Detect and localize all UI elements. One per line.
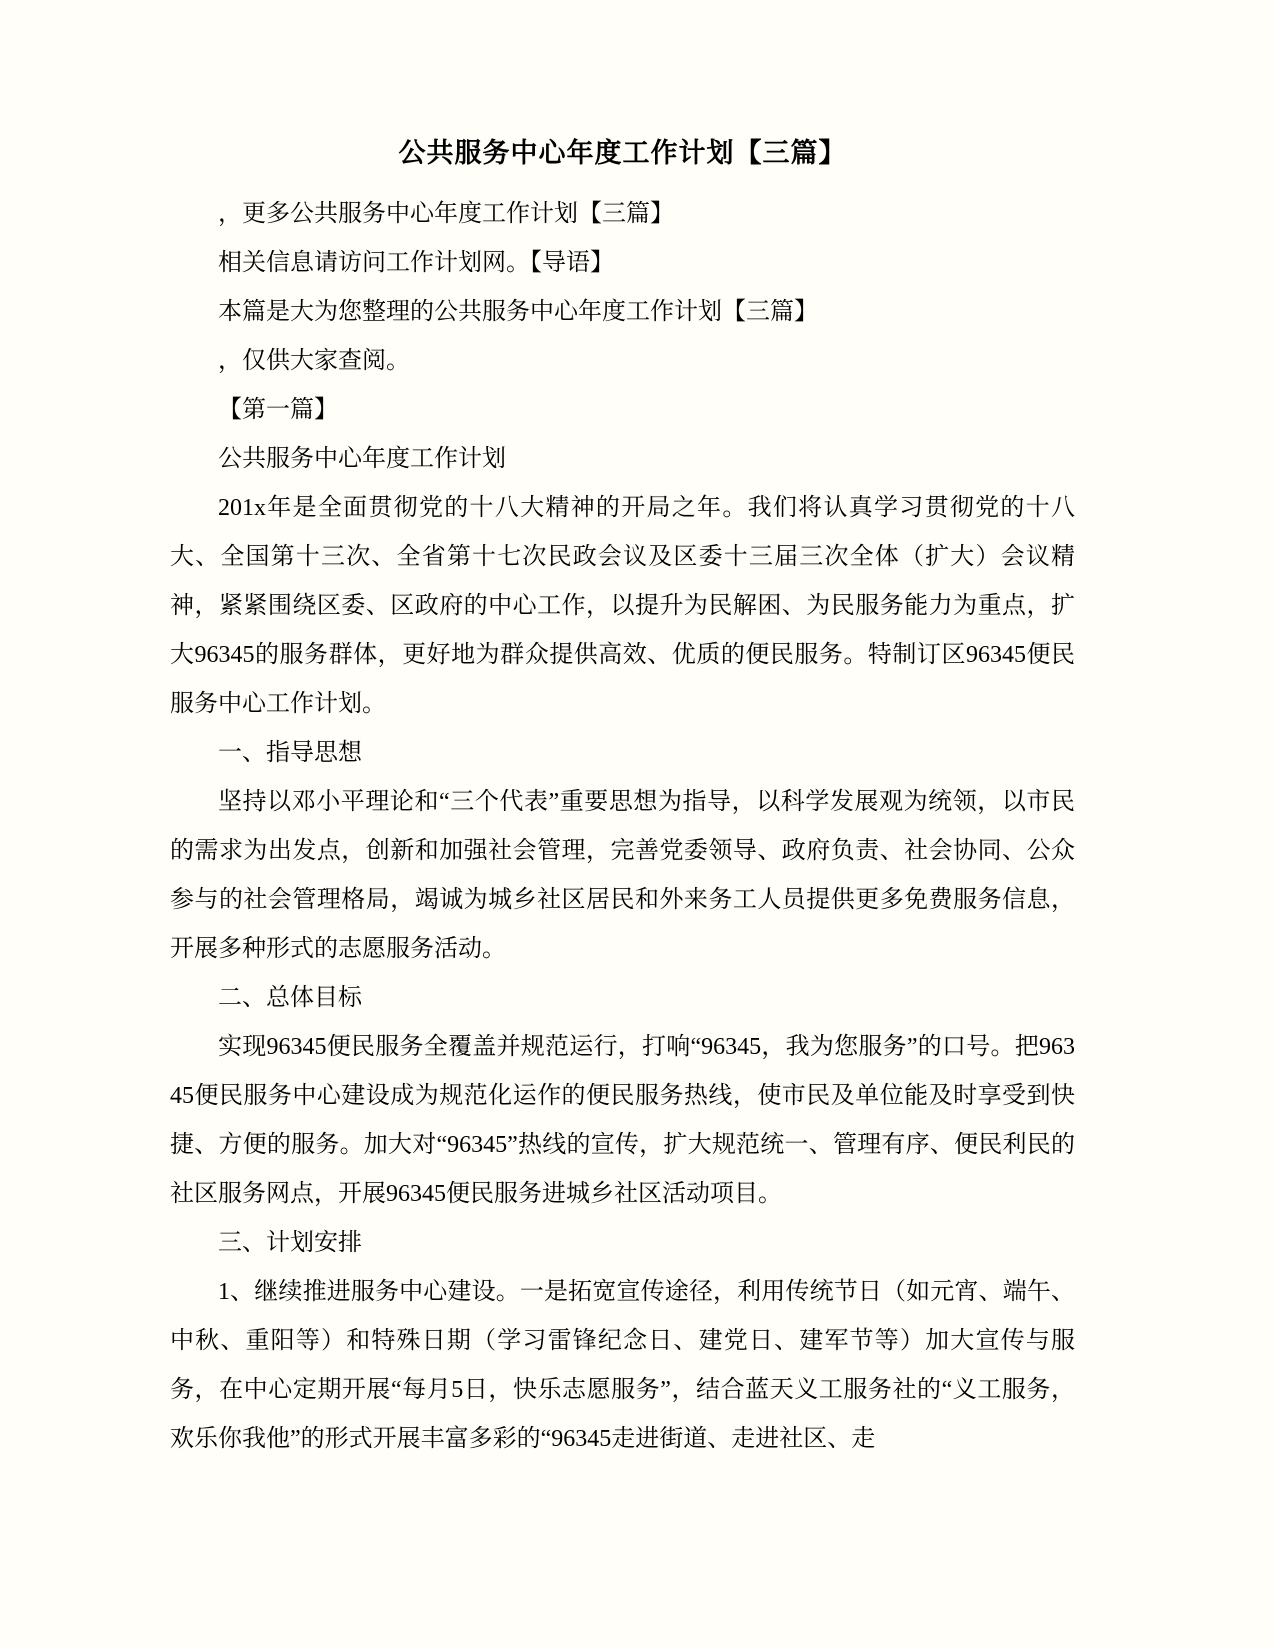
paragraph: 相关信息请访问工作计划网。【导语】 [170,239,1075,288]
paragraph: 1、继续推进服务中心建设。一是拓宽宣传途径，利用传统节日（如元宵、端午、中秋、重… [170,1268,1075,1464]
paragraph: 本篇是大为您整理的公共服务中心年度工作计划【三篇】 [170,288,1075,337]
paragraph: 201x年是全面贯彻党的十八大精神的开局之年。我们将认真学习贯彻党的十八大、全国… [170,484,1075,729]
document-page: 公共服务中心年度工作计划【三篇】 ，更多公共服务中心年度工作计划【三篇】相关信息… [0,0,1275,1650]
document-body: ，更多公共服务中心年度工作计划【三篇】相关信息请访问工作计划网。【导语】本篇是大… [170,190,1075,1464]
paragraph: ，仅供大家查阅。 [170,337,1075,386]
paragraph: 公共服务中心年度工作计划 [170,435,1075,484]
paragraph: ，更多公共服务中心年度工作计划【三篇】 [170,190,1075,239]
paragraph: 坚持以邓小平理论和“三个代表”重要思想为指导，以科学发展观为统领，以市民的需求为… [170,778,1075,974]
paragraph: 三、计划安排 [170,1219,1075,1268]
paragraph: 实现96345便民服务全覆盖并规范运行，打响“96345，我为您服务”的口号。把… [170,1023,1075,1219]
paragraph: 【第一篇】 [170,386,1075,435]
paragraph: 二、总体目标 [170,974,1075,1023]
paragraph: 一、指导思想 [170,729,1075,778]
document-title: 公共服务中心年度工作计划【三篇】 [170,132,1075,174]
